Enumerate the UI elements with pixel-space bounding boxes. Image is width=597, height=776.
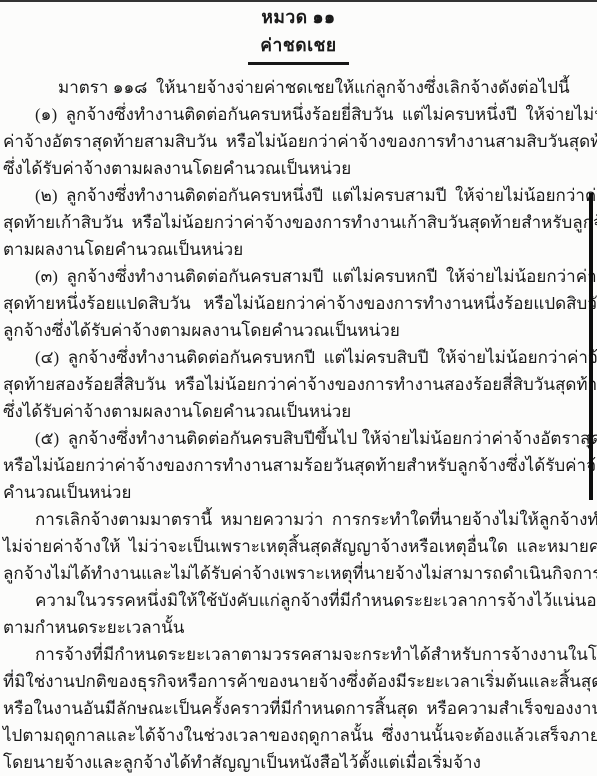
text-line: ลูกจ้างไม่ได้ทำงานและไม่ได้รับค่าจ้างเพร… [3, 560, 585, 587]
text-line: สุดท้ายสองร้อยสี่สิบวัน หรือไม่น้อยกว่าค… [3, 371, 585, 398]
text-line: ซึ่งได้รับค่าจ้างตามผลงานโดยคำนวณเป็นหน่… [3, 398, 585, 425]
scan-top-edge-artifact [0, 0, 597, 2]
document-body: มาตรา ๑๑๘ ให้นายจ้างจ่ายค่าชดเชยให้แก่ลู… [0, 74, 597, 776]
scan-right-edge-bar-artifact [589, 193, 593, 500]
text-line: (๓) ลูกจ้างซึ่งทำงานติดต่อกันครบสามปี แต… [3, 263, 585, 290]
text-line: ค่าจ้างอัตราสุดท้ายสามสิบวัน หรือไม่น้อย… [3, 128, 585, 155]
text-line: การเลิกจ้างตามมาตรานี้ หมายความว่า การกร… [3, 506, 585, 533]
chapter-title: ค่าชดเชย [0, 31, 597, 59]
text-line: หรือไม่น้อยกว่าค่าจ้างของการทำงานสามร้อย… [3, 452, 585, 479]
text-line: (๑) ลูกจ้างซึ่งทำงานติดต่อกันครบหนึ่งร้อ… [3, 101, 585, 128]
text-line: (๔) ลูกจ้างซึ่งทำงานติดต่อกันครบหกปี แต่… [3, 344, 585, 371]
text-line: หรือในงานอันมีลักษณะเป็นครั้งคราวที่มีกำ… [3, 695, 585, 722]
text-line: (๕) ลูกจ้างซึ่งทำงานติดต่อกันครบสิบปีขึ้… [3, 425, 585, 452]
scanned-document-page: หมวด ๑๑ ค่าชดเชย มาตรา ๑๑๘ ให้นายจ้างจ่า… [0, 0, 597, 776]
text-line: ซึ่งได้รับค่าจ้างตามผลงานโดยคำนวณเป็นหน่… [3, 155, 585, 182]
text-line: ไปตามฤดูกาลและได้จ้างในช่วงเวลาของฤดูกาล… [3, 722, 585, 749]
text-line: ไม่จ่ายค่าจ้างให้ ไม่ว่าจะเป็นเพราะเหตุส… [3, 533, 585, 560]
text-line: ตามผลงานโดยคำนวณเป็นหน่วย [3, 236, 585, 263]
text-line: สุดท้ายเก้าสิบวัน หรือไม่น้อยกว่าค่าจ้าง… [3, 209, 585, 236]
text-line: ลูกจ้างซึ่งได้รับค่าจ้างตามผลงานโดยคำนวณ… [3, 317, 585, 344]
header-divider-rule [248, 62, 349, 65]
text-line: มาตรา ๑๑๘ ให้นายจ้างจ่ายค่าชดเชยให้แก่ลู… [3, 74, 585, 101]
text-line: คำนวณเป็นหน่วย [3, 479, 585, 506]
text-line: ตามกำหนดระยะเวลานั้น [3, 614, 585, 641]
text-line: ความในวรรคหนึ่งมิให้ใช้บังคับแก่ลูกจ้างท… [3, 587, 585, 614]
text-line: ที่มิใช่งานปกติของธุรกิจหรือการค้าของนาย… [3, 668, 585, 695]
chapter-heading: หมวด ๑๑ [0, 3, 597, 31]
text-line: (๒) ลูกจ้างซึ่งทำงานติดต่อกันครบหนึ่งปี … [3, 182, 585, 209]
text-line: การจ้างที่มีกำหนดระยะเวลาตามวรรคสามจะกระ… [3, 641, 585, 668]
document-header: หมวด ๑๑ ค่าชดเชย [0, 0, 597, 65]
text-line: โดยนายจ้างและลูกจ้างได้ทำสัญญาเป็นหนังสื… [3, 749, 585, 776]
text-line: สุดท้ายหนึ่งร้อยแปดสิบวัน หรือไม่น้อยกว่… [3, 290, 585, 317]
